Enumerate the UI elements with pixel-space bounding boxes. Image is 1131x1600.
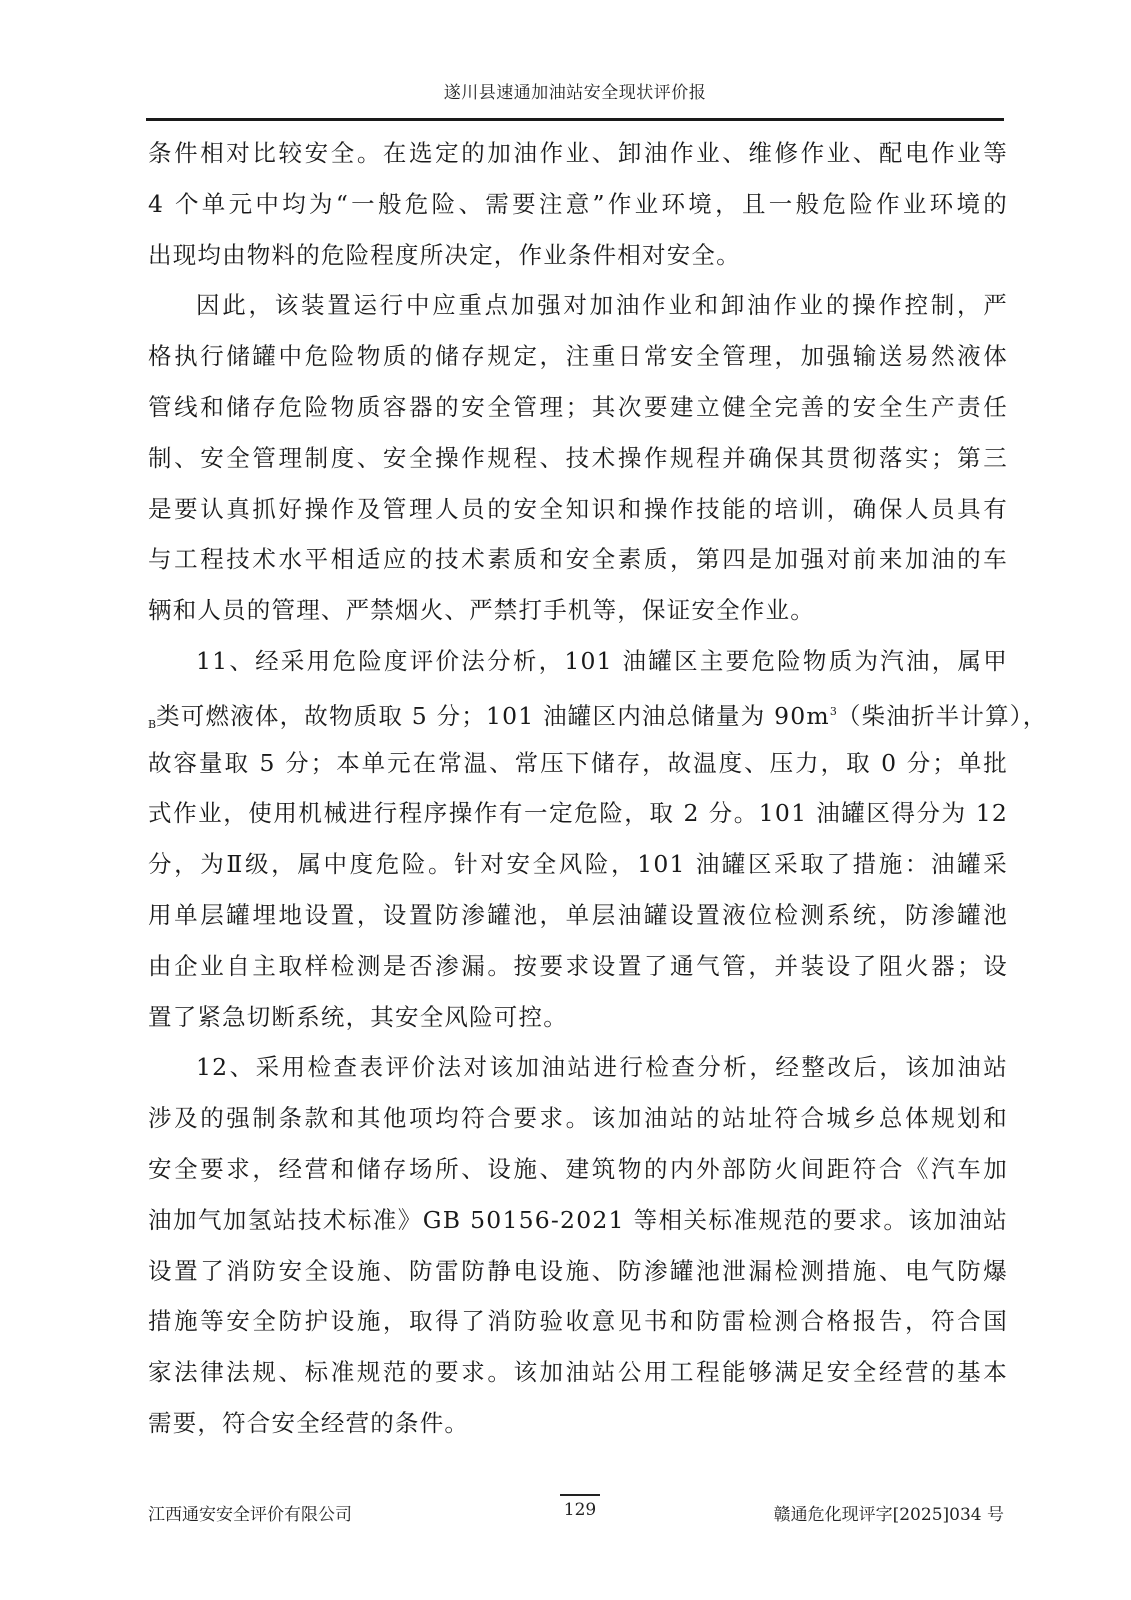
document-body: 条件相对比较安全。在选定的加油作业、卸油作业、维修作业、配电作业等 4 个单元中… bbox=[148, 128, 1008, 1449]
body-line: 故容量取 5 分；本单元在常温、常压下储存，故温度、压力，取 0 分；单批 bbox=[148, 738, 1008, 789]
body-line-segment: （柴油折半计算）， bbox=[837, 702, 1048, 730]
cubic-superscript: 3 bbox=[830, 705, 837, 718]
page-number-rule bbox=[560, 1494, 600, 1496]
body-line: 涉及的强制条款和其他项均符合要求。该加油站的站址符合城乡总体规划和 bbox=[148, 1093, 1008, 1144]
body-line: 条件相对比较安全。在选定的加油作业、卸油作业、维修作业、配电作业等 bbox=[148, 128, 1008, 179]
body-line: 制、安全管理制度、安全操作规程、技术操作规程并确保其贯彻落实；第三 bbox=[148, 433, 1008, 484]
page-number: 129 bbox=[564, 1500, 596, 1520]
page-header-title: 遂川县速通加油站安全现状评价报 bbox=[145, 78, 1005, 103]
footer-page-number-block: 129 bbox=[560, 1500, 600, 1520]
body-line: 管线和储存危险物质容器的安全管理；其次要建立健全完善的安全生产责任 bbox=[148, 382, 1008, 433]
paragraph-start-line: 因此，该装置运行中应重点加强对加油作业和卸油作业的操作控制，严 bbox=[148, 280, 1008, 331]
body-line-segment: 类可燃液体，故物质取 5 分；101 油罐区内油总储量为 90m bbox=[156, 702, 830, 730]
body-line: 需要，符合安全经营的条件。 bbox=[148, 1398, 1008, 1449]
body-line: 与工程技术水平相适应的技术素质和安全素质，第四是加强对前来加油的车 bbox=[148, 534, 1008, 585]
footer-report-number: 赣通危化现评字[2025]034 号 bbox=[774, 1500, 1004, 1525]
body-line: 式作业，使用机械进行程序操作有一定危险，取 2 分。101 油罐区得分为 12 bbox=[148, 788, 1008, 839]
body-line: 安全要求，经营和储存场所、设施、建筑物的内外部防火间距符合《汽车加 bbox=[148, 1144, 1008, 1195]
paragraph-start-line: 11、经采用危险度评价法分析，101 油罐区主要危险物质为汽油，属甲 bbox=[148, 636, 1008, 687]
body-line: 油加气加氢站技术标准》GB 50156-2021 等相关标准规范的要求。该加油站 bbox=[148, 1195, 1008, 1246]
body-line: 用单层罐埋地设置，设置防渗罐池，单层油罐设置液位检测系统，防渗罐池 bbox=[148, 890, 1008, 941]
body-line: 格执行储罐中危险物质的储存规定，注重日常安全管理，加强输送易然液体 bbox=[148, 331, 1008, 382]
body-line: 置了紧急切断系统，其安全风险可控。 bbox=[148, 992, 1008, 1043]
body-line: 措施等安全防护设施，取得了消防验收意见书和防雷检测合格报告，符合国 bbox=[148, 1296, 1008, 1347]
body-line: 家法律法规、标准规范的要求。该加油站公用工程能够满足安全经营的基本 bbox=[148, 1347, 1008, 1398]
class-subscript: B bbox=[148, 718, 156, 731]
footer-company-name: 江西通安安全评价有限公司 bbox=[148, 1500, 352, 1525]
body-line: 由企业自主取样检测是否渗漏。按要求设置了通气管，并装设了阻火器；设 bbox=[148, 941, 1008, 992]
paragraph-start-line: 12、采用检查表评价法对该加油站进行检查分析，经整改后，该加油站 bbox=[148, 1042, 1008, 1093]
body-line: 是要认真抓好操作及管理人员的安全知识和操作技能的培训，确保人员具有 bbox=[148, 484, 1008, 535]
body-line-with-subscript: B类可燃液体，故物质取 5 分；101 油罐区内油总储量为 90m3（柴油折半计… bbox=[148, 687, 1008, 738]
body-line: 分，为Ⅱ级，属中度危险。针对安全风险，101 油罐区采取了措施：油罐采 bbox=[148, 839, 1008, 890]
body-line: 4 个单元中均为“一般危险、需要注意”作业环境，且一般危险作业环境的 bbox=[148, 179, 1008, 230]
page-footer: 江西通安安全评价有限公司 129 赣通危化现评字[2025]034 号 bbox=[148, 1500, 1004, 1530]
header-divider bbox=[146, 118, 1004, 121]
body-line: 辆和人员的管理、严禁烟火、严禁打手机等，保证安全作业。 bbox=[148, 585, 1008, 636]
body-line: 出现均由物料的危险程度所决定，作业条件相对安全。 bbox=[148, 230, 1008, 281]
body-line: 设置了消防安全设施、防雷防静电设施、防渗罐池泄漏检测措施、电气防爆 bbox=[148, 1246, 1008, 1297]
